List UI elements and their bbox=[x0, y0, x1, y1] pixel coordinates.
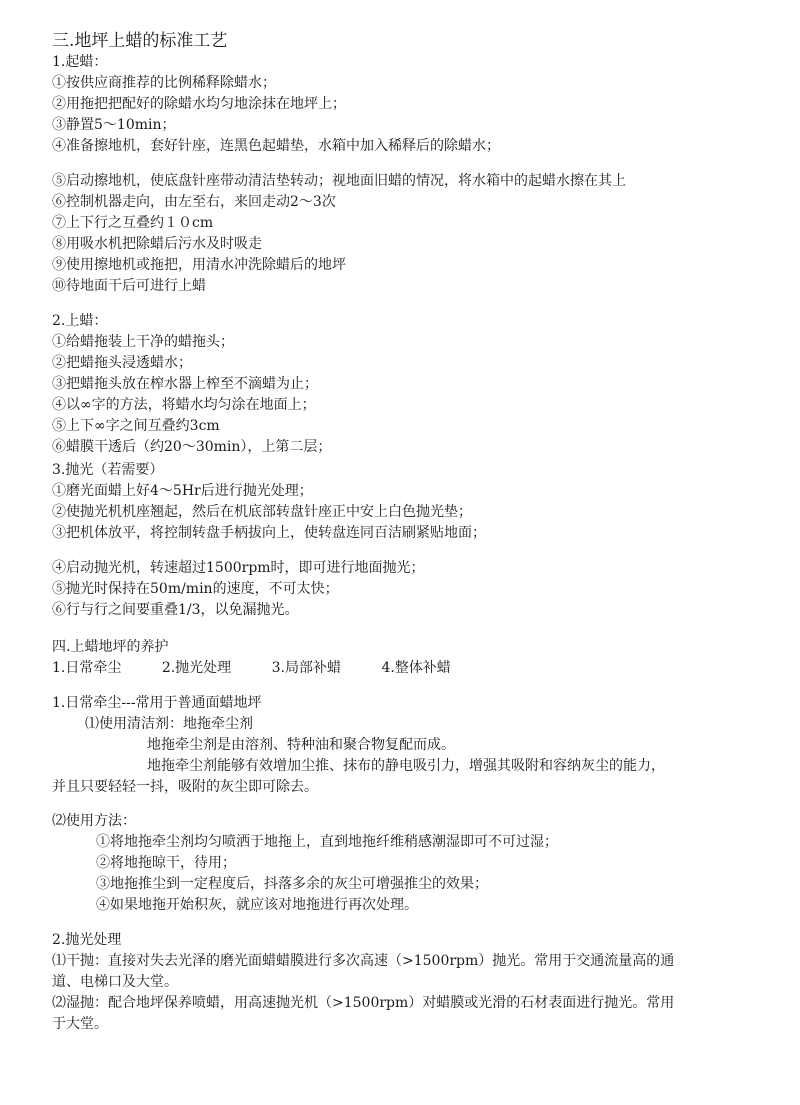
step: ⑨使用擦地机或拖把，用清水冲洗除蜡后的地坪 bbox=[52, 256, 346, 274]
step: ⑥蜡膜干透后（约20～30min），上第二层； bbox=[52, 438, 331, 456]
section-heading-polishing: 3.抛光（若需要） bbox=[52, 461, 163, 479]
sub-item: ⑴使用清洁剂：地拖牵尘剂 bbox=[85, 715, 253, 733]
paragraph-continued: 道、电梯口及大堂。 bbox=[52, 973, 178, 991]
step: ⑩待地面干后可进行上蜡 bbox=[52, 277, 206, 295]
usage-step: ②将地拖晾干，待用； bbox=[96, 854, 236, 872]
usage-step: ④如果地拖开始积灰，就应该对地拖进行再次处理。 bbox=[96, 896, 418, 914]
sub-item: ⑵使用方法： bbox=[52, 812, 136, 830]
step: ⑦上下行之互叠约１０cm bbox=[52, 214, 213, 232]
step: ①按供应商推荐的比例稀释除蜡水； bbox=[52, 74, 276, 92]
topic: 2.抛光处理 bbox=[162, 659, 231, 677]
step: ①给蜡拖装上干净的蜡拖头； bbox=[52, 333, 234, 351]
step: ④以∞字的方法，将蜡水均匀涂在地面上； bbox=[52, 396, 316, 414]
step: ④准备擦地机，套好针座，连黑色起蜡垫，水箱中加入稀释后的除蜡水； bbox=[52, 137, 500, 155]
step: ③把蜡拖头放在榨水器上榨至不滴蜡为止； bbox=[52, 375, 318, 393]
step: ③把机体放平，将控制转盘手柄拔向上，使转盘连同百洁刷紧贴地面； bbox=[52, 524, 486, 542]
usage-step: ①将地拖牵尘剂均匀喷洒于地拖上，直到地拖纤维稍感潮湿即可不可过湿； bbox=[96, 833, 558, 851]
step: ⑤启动擦地机，使底盘针座带动清洁垫转动；视地面旧蜡的情况，将水箱中的起蜡水擦在其… bbox=[52, 172, 626, 190]
paragraph: ⑴干抛：直接对失去光泽的磨光面蜡蜡膜进行多次高速（>1500rpm）抛光。常用于… bbox=[52, 952, 674, 970]
usage-step: ③地拖推尘到一定程度后，抖落多余的灰尘可增强推尘的效果； bbox=[96, 875, 488, 893]
step: ②用拖把把配好的除蜡水均匀地涂抹在地坪上； bbox=[52, 95, 346, 113]
subsection-heading-daily-dusting: 1.日常牵尘---常用于普通面蜡地坪 bbox=[52, 694, 262, 712]
paragraph: ⑵湿抛：配合地坪保养喷蜡，用高速抛光机（>1500rpm）对蜡膜或光滑的石材表面… bbox=[52, 994, 674, 1012]
subsection-heading-polish: 2.抛光处理 bbox=[52, 931, 121, 949]
topic: 1.日常牵尘 bbox=[52, 659, 121, 677]
step: ④启动抛光机，转速超过1500rpm时，即可进行地面抛光； bbox=[52, 559, 425, 577]
paragraph-continued: 于大堂。 bbox=[52, 1015, 108, 1033]
section-heading-maintenance: 四.上蜡地坪的养护 bbox=[52, 638, 168, 656]
paragraph: 地拖牵尘剂能够有效增加尘推、抹布的静电吸引力，增强其吸附和容纳灰尘的能力， bbox=[147, 757, 665, 775]
step: ⑧用吸水机把除蜡后污水及时吸走 bbox=[52, 235, 262, 253]
topic: 3.局部补蜡 bbox=[272, 659, 341, 677]
section-heading-waxing: 2.上蜡： bbox=[52, 312, 107, 330]
paragraph-continued: 并且只要轻轻一抖，吸附的灰尘即可除去。 bbox=[52, 778, 318, 796]
topic: 4.整体补蜡 bbox=[381, 659, 450, 677]
step: ①磨光面蜡上好4～5Hr后进行抛光处理； bbox=[52, 482, 313, 500]
step: ⑥控制机器走向，由左至右，来回走动2～3次 bbox=[52, 193, 336, 211]
document-title: 三.地坪上蜡的标准工艺 bbox=[52, 30, 227, 52]
step: ⑥行与行之间要重叠1/3，以免漏抛光。 bbox=[52, 601, 299, 619]
maintenance-topics: 1.日常牵尘 2.抛光处理 3.局部补蜡 4.整体补蜡 bbox=[52, 659, 487, 677]
step: ②使抛光机机座翘起，然后在机底部转盘针座正中安上白色抛光垫； bbox=[52, 503, 472, 521]
step: ⑤抛光时保持在50m/min的速度，不可太快； bbox=[52, 580, 339, 598]
paragraph: 地拖牵尘剂是由溶剂、特种油和聚合物复配而成。 bbox=[147, 736, 455, 754]
step: ③静置5～10min； bbox=[52, 116, 176, 134]
step: ②把蜡拖头浸透蜡水； bbox=[52, 354, 192, 372]
section-heading-wax-stripping: 1.起蜡： bbox=[52, 53, 107, 71]
step: ⑤上下∞字之间互叠约3cm bbox=[52, 417, 220, 435]
